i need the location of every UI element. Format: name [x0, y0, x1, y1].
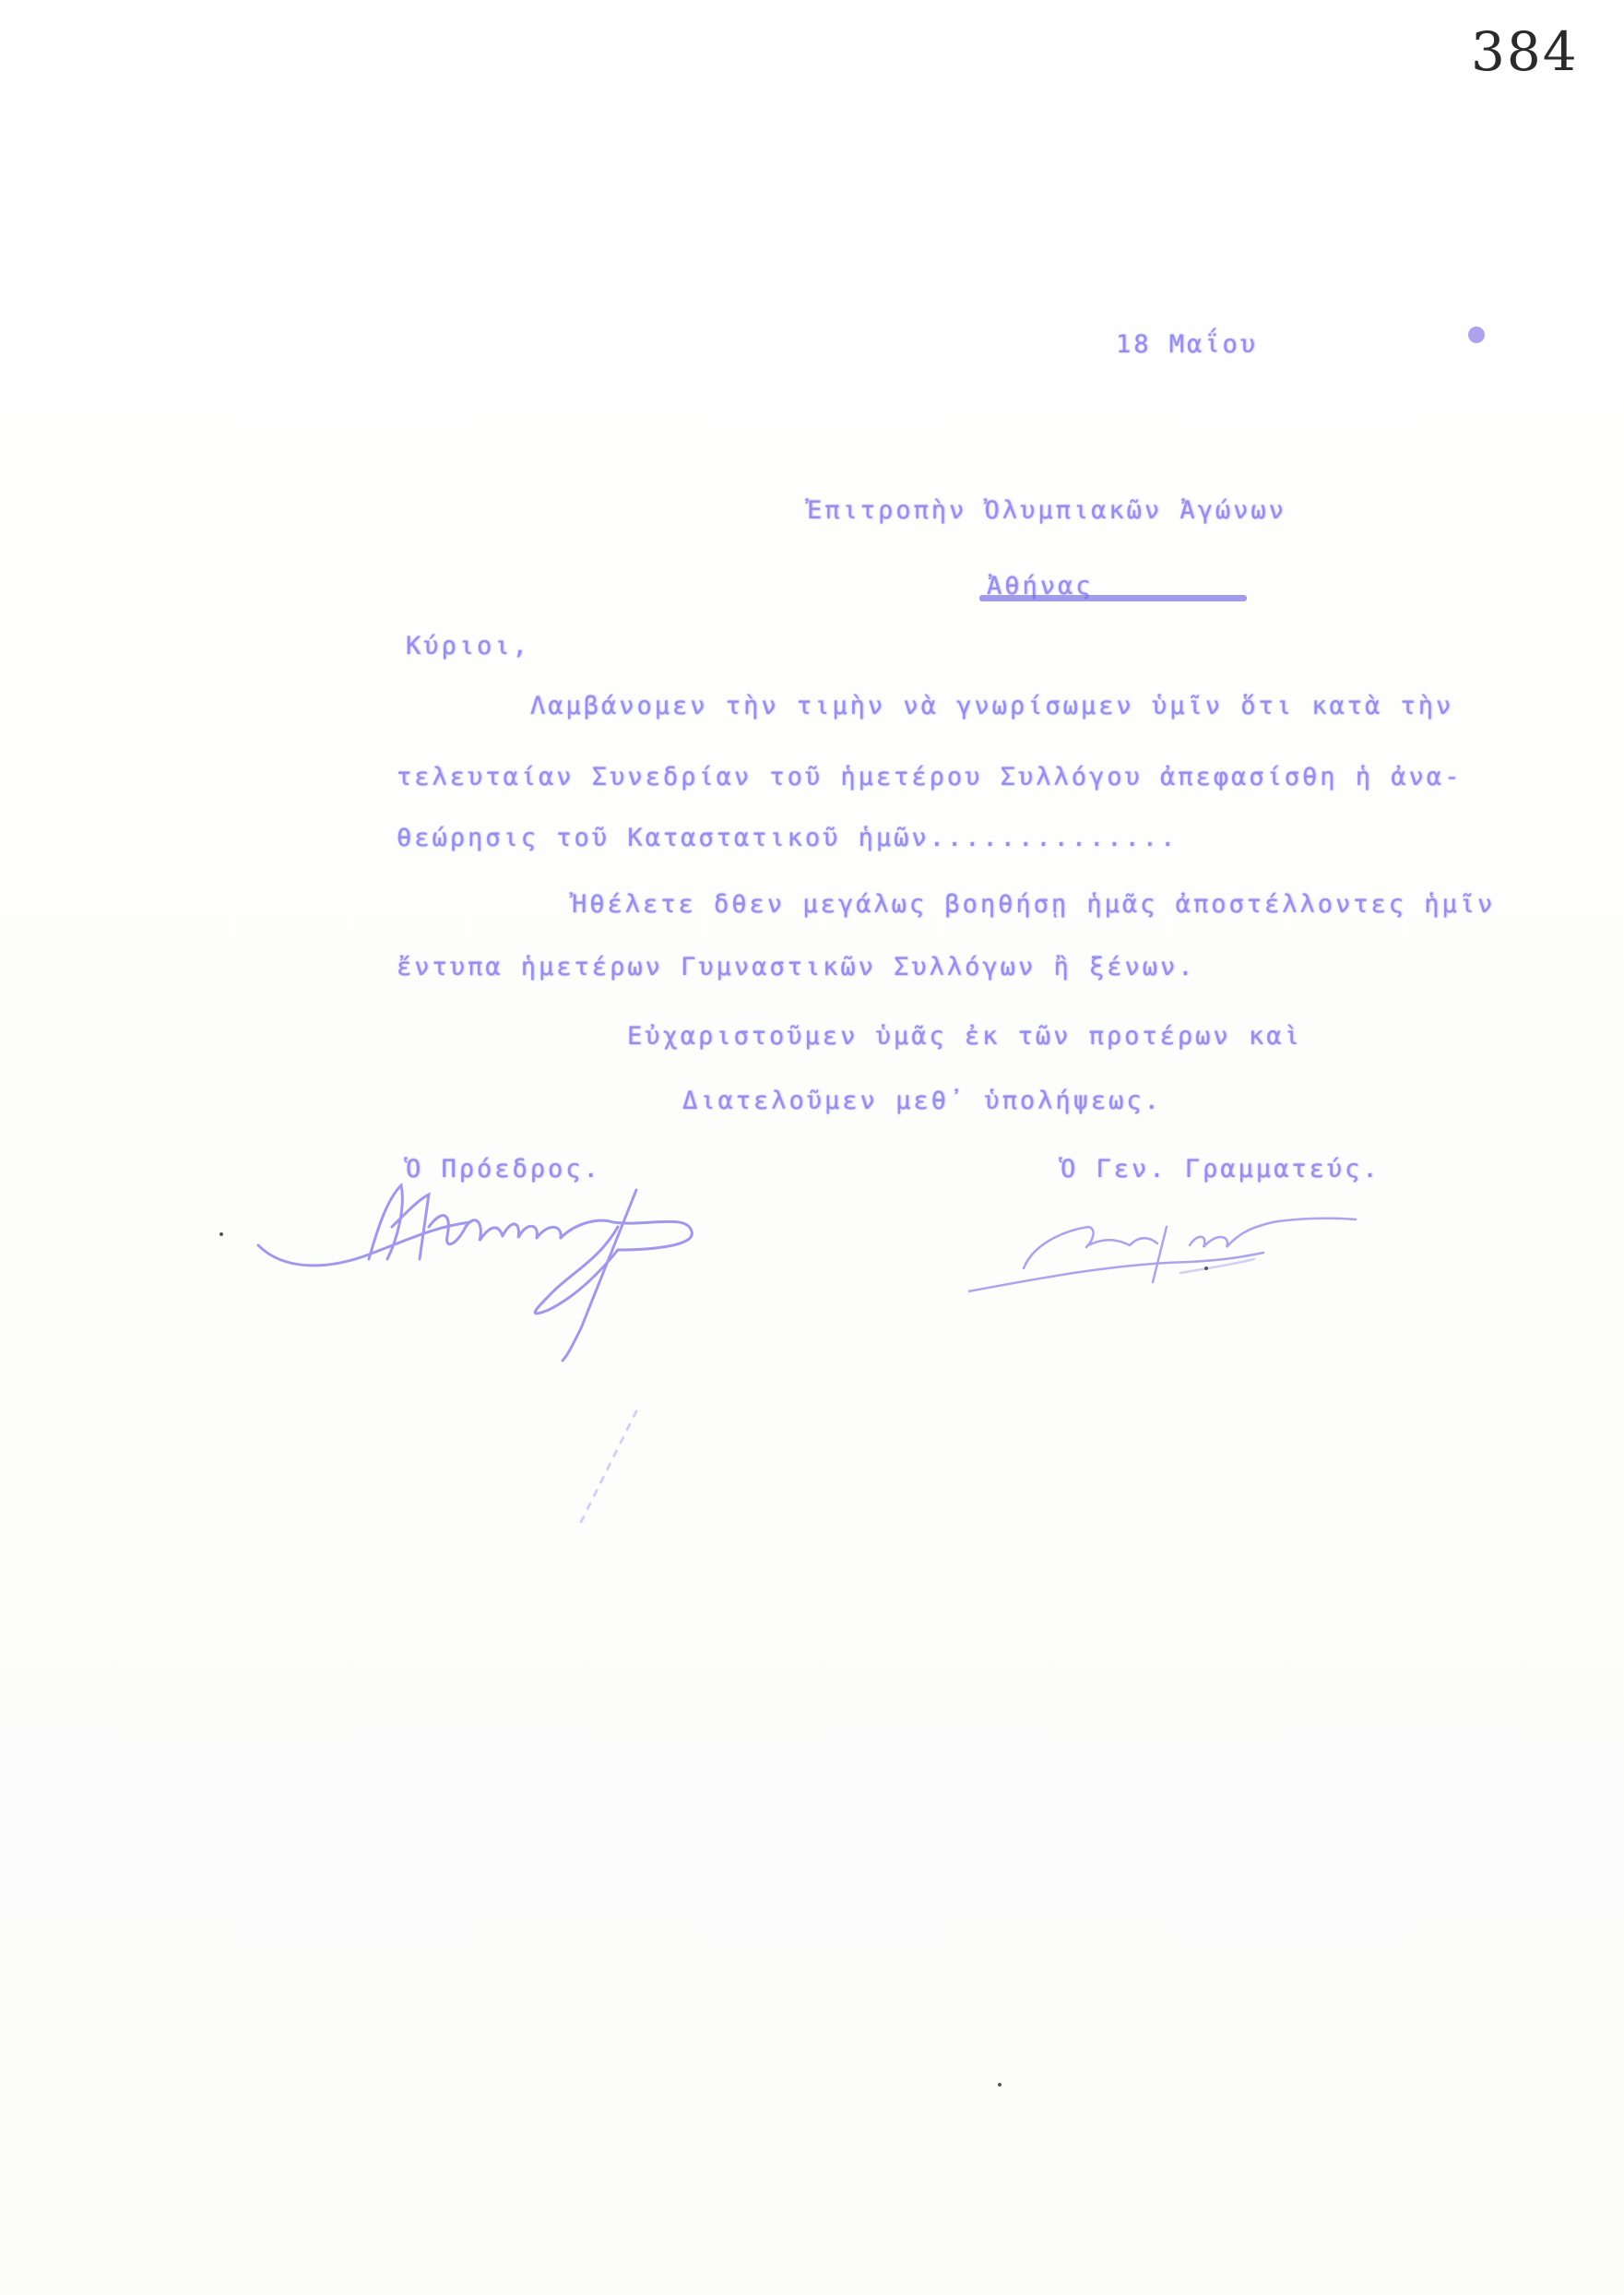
salutation: Κύριοι, [406, 632, 530, 660]
recipient-line: Ἐπιτροπὴν Ὀλυμπιακῶν Ἀγώνων [807, 496, 1286, 525]
city-underline [979, 595, 1247, 601]
secretary-signature-icon [968, 1190, 1393, 1319]
president-signature-icon [249, 1171, 765, 1559]
document-page: 384 18 Μαΐου Ἐπιτροπὴν Ὀλυμπιακῶν Ἀγώνων… [0, 0, 1624, 2295]
letter-date: 18 Μαΐου [1116, 330, 1258, 359]
secretary-title: Ὁ Γεν. Γραμματεύς. [1061, 1155, 1381, 1183]
folio-number: 384 [1471, 20, 1579, 83]
body-line: ἔντυπα ἡμετέρων Γυμναστικῶν Συλλόγων ἢ ξ… [397, 953, 1196, 981]
body-line: τελευταίαν Συνεδρίαν τοῦ ἡμετέρου Συλλόγ… [397, 763, 1462, 791]
paper-speck [998, 2083, 1002, 2087]
paper-speck [219, 1232, 223, 1236]
paper-speck [1204, 1266, 1208, 1270]
closing-line: Διατελοῦμεν μεθ᾽ ὑπολήψεως. [682, 1087, 1162, 1115]
body-line: Λαμβάνομεν τὴν τιμὴν νὰ γνωρίσωμεν ὑμῖν … [530, 692, 1453, 720]
body-line: Εὐχαριστοῦμεν ὑμᾶς ἐκ τῶν προτέρων καὶ [627, 1022, 1302, 1051]
ink-dot-mark [1468, 327, 1485, 343]
body-line: θεώρησις τοῦ Καταστατικοῦ ἡμῶν..........… [397, 824, 1178, 852]
body-line: Ἠθέλετε δθεν μεγάλως βοηθήσῃ ἡμᾶς ἀποστέ… [572, 890, 1495, 919]
